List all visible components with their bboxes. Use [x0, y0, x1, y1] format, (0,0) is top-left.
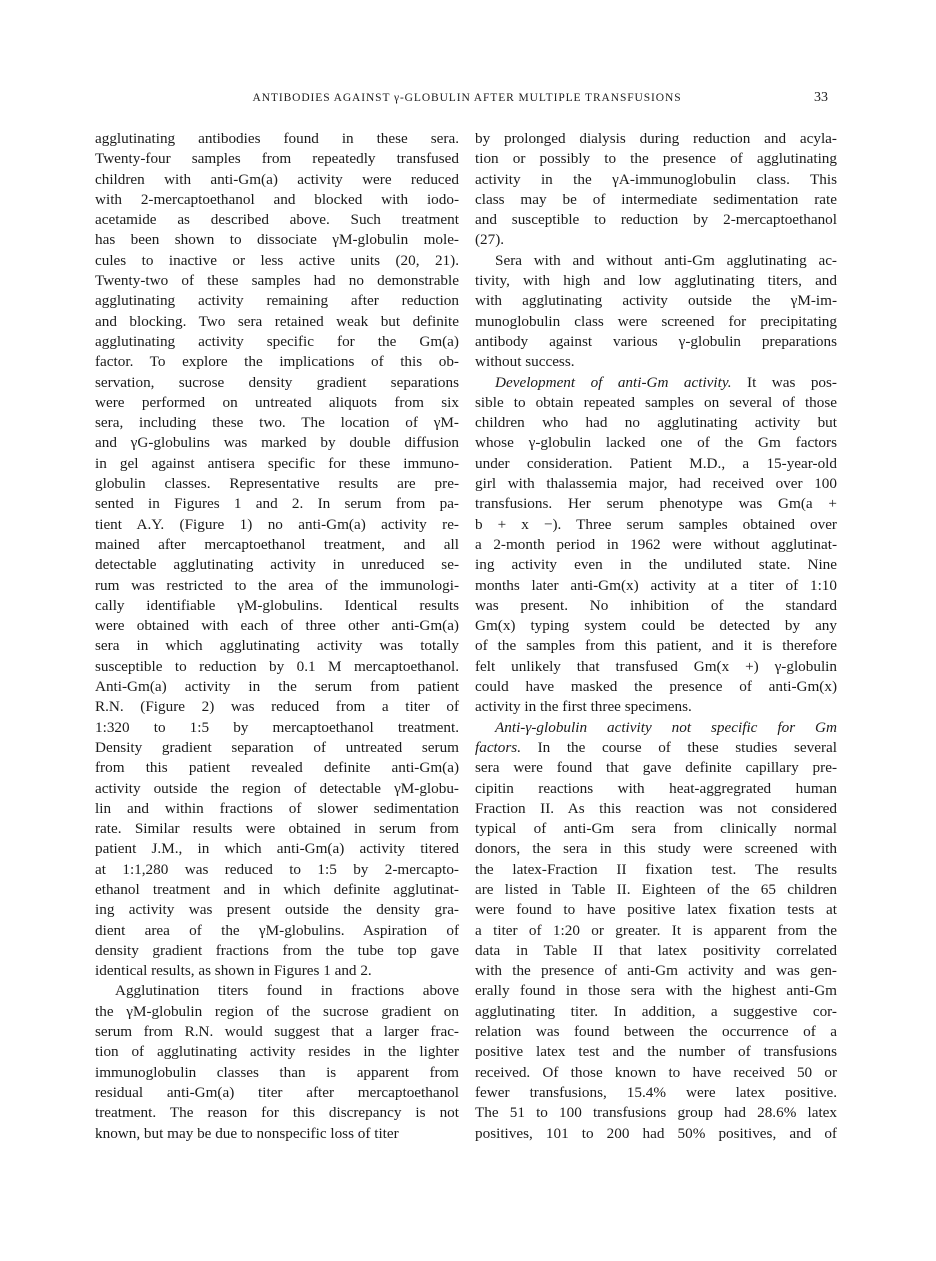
- text-line: ing activity even in the undiluted state…: [475, 555, 837, 575]
- text-line: Development of anti-Gm activity. It was …: [475, 373, 837, 393]
- text-line: sera in which agglutinating activity was…: [95, 636, 459, 656]
- text-line: positive latex test and the number of tr…: [475, 1042, 837, 1062]
- section-heading: Anti-γ-globulin activity not specific fo…: [495, 719, 837, 736]
- text-line: Anti-Gm(a) activity in the serum from pa…: [95, 677, 459, 697]
- text-line: a titer of 1:20 or greater. It is appare…: [475, 921, 837, 941]
- text-line: b + x −). Three serum samples obtained o…: [475, 515, 837, 535]
- text-line: activity in the γA-immunoglobulin class.…: [475, 170, 837, 190]
- text-line: with agglutinating activity outside the …: [475, 291, 837, 311]
- text-line: cally identifiable γM-globulins. Identic…: [95, 596, 459, 616]
- text-line: known, but may be due to nonspecific los…: [95, 1124, 459, 1144]
- right-column: by prolonged dialysis during reduction a…: [475, 129, 837, 1144]
- text-line: transfusions. Her serum phenotype was Gm…: [475, 494, 837, 514]
- text-line: of the samples from this patient, and it…: [475, 636, 837, 656]
- text-line: Density gradient separation of untreated…: [95, 738, 459, 758]
- text-line: under consideration. Patient M.D., a 15-…: [475, 454, 837, 474]
- text-line: whose γ-globulin lacked one of the Gm fa…: [475, 433, 837, 453]
- text-line: agglutinating antibodies found in these …: [95, 129, 459, 149]
- text-line: Gm(x) typing system could be detected by…: [475, 616, 837, 636]
- text-line: munoglobulin class were screened for pre…: [475, 312, 837, 332]
- text-line: agglutinating titer. In addition, a sugg…: [475, 1002, 837, 1022]
- text-line: agglutinating activity remaining after r…: [95, 291, 459, 311]
- text-line: identical results, as shown in Figures 1…: [95, 961, 459, 981]
- text-line: (27).: [475, 230, 837, 250]
- section-heading: Development of anti-Gm activity.: [495, 374, 732, 391]
- text-line: Agglutination titers found in fractions …: [95, 981, 459, 1001]
- text-line: from this patient revealed definite anti…: [95, 758, 459, 778]
- text-line: sible to obtain repeated samples on seve…: [475, 393, 837, 413]
- text-line: has been shown to dissociate γM-globulin…: [95, 230, 459, 250]
- line-text: In the course of these studies several: [538, 739, 837, 756]
- text-line: tient A.Y. (Figure 1) no anti-Gm(a) acti…: [95, 515, 459, 535]
- text-line: and susceptible to reduction by 2-mercap…: [475, 210, 837, 230]
- text-line: immunoglobulin classes than is apparent …: [95, 1063, 459, 1083]
- text-line: patient J.M., in which anti-Gm(a) activi…: [95, 839, 459, 859]
- text-line: in gel against antisera specific for the…: [95, 454, 459, 474]
- text-line: antibody against various γ-globulin prep…: [475, 332, 837, 352]
- text-line: Anti-γ-globulin activity not specific fo…: [475, 718, 837, 738]
- text-line: activity in the first three specimens.: [475, 697, 837, 717]
- text-line: factor. To explore the implications of t…: [95, 352, 459, 372]
- text-line: donors, the sera in this study were scre…: [475, 839, 837, 859]
- text-line: children who had no agglutinating activi…: [475, 413, 837, 433]
- text-line: class may be of intermediate sedimentati…: [475, 190, 837, 210]
- line-text: It was pos-: [747, 374, 837, 391]
- text-line: cipitin reactions with heat-aggregrated …: [475, 779, 837, 799]
- text-line: globulin classes. Representative results…: [95, 474, 459, 494]
- text-line: 1:320 to 1:5 by mercaptoethanol treatmen…: [95, 718, 459, 738]
- text-line: tion of agglutinating activity resides i…: [95, 1042, 459, 1062]
- text-line: detectable agglutinating activity in unr…: [95, 555, 459, 575]
- text-line: erally found in those sera with the high…: [475, 981, 837, 1001]
- page-number: 33: [814, 90, 828, 106]
- text-line: typical of anti-Gm sera from clinically …: [475, 819, 837, 839]
- text-line: rate. Similar results were obtained in s…: [95, 819, 459, 839]
- text-line: ethanol treatment and in which definite …: [95, 880, 459, 900]
- text-line: Sera with and without anti-Gm agglutinat…: [475, 251, 837, 271]
- text-line: sera, including these two. The location …: [95, 413, 459, 433]
- text-line: the γM-globulin region of the sucrose gr…: [95, 1002, 459, 1022]
- text-line: sera were found that gave definite capil…: [475, 758, 837, 778]
- text-line: mained after mercaptoethanol treatment, …: [95, 535, 459, 555]
- text-line: relation was found between the occurrenc…: [475, 1022, 837, 1042]
- text-line: with the presence of anti-Gm activity an…: [475, 961, 837, 981]
- text-line: girl with thalassemia major, had receive…: [475, 474, 837, 494]
- text-line: servation, sucrose density gradient sepa…: [95, 373, 459, 393]
- text-line: rum was restricted to the area of the im…: [95, 576, 459, 596]
- text-line: were obtained with each of three other a…: [95, 616, 459, 636]
- text-line: fewer transfusions, 15.4% were latex pos…: [475, 1083, 837, 1103]
- text-line: positives, 101 to 200 had 50% positives,…: [475, 1124, 837, 1144]
- text-line: activity outside the region of detectabl…: [95, 779, 459, 799]
- text-line: by prolonged dialysis during reduction a…: [475, 129, 837, 149]
- text-line: was present. No inhibition of the standa…: [475, 596, 837, 616]
- text-line: without success.: [475, 352, 837, 372]
- text-line: R.N. (Figure 2) was reduced from a titer…: [95, 697, 459, 717]
- text-line: were performed on untreated aliquots fro…: [95, 393, 459, 413]
- text-line: residual anti-Gm(a) titer after mercapto…: [95, 1083, 459, 1103]
- text-line: tion or possibly to the presence of aggl…: [475, 149, 837, 169]
- text-line: dient area of the γM-globulins. Aspirati…: [95, 921, 459, 941]
- text-line: susceptible to reduction by 0.1 M mercap…: [95, 657, 459, 677]
- text-line: density gradient fractions from the tube…: [95, 941, 459, 961]
- text-line: children with anti-Gm(a) activity were r…: [95, 170, 459, 190]
- text-line: months later anti-Gm(x) activity at a ti…: [475, 576, 837, 596]
- text-line: with 2-mercaptoethanol and blocked with …: [95, 190, 459, 210]
- text-line: factors. In the course of these studies …: [475, 738, 837, 758]
- text-line: and γG-globulins was marked by double di…: [95, 433, 459, 453]
- left-column: agglutinating antibodies found in these …: [95, 129, 459, 1144]
- text-line: a 2-month period in 1962 were without ag…: [475, 535, 837, 555]
- text-line: data in Table II that latex positivity c…: [475, 941, 837, 961]
- text-line: and blocking. Two sera retained weak but…: [95, 312, 459, 332]
- running-head: ANTIBODIES AGAINST γ-GLOBULIN AFTER MULT…: [212, 92, 722, 104]
- text-line: tivity, with high and low agglutinating …: [475, 271, 837, 291]
- text-line: are listed in Table II. Eighteen of the …: [475, 880, 837, 900]
- text-line: ing activity was present outside the den…: [95, 900, 459, 920]
- text-line: agglutinating activity specific for the …: [95, 332, 459, 352]
- section-heading: factors.: [475, 739, 521, 756]
- text-line: lin and within fractions of slower sedim…: [95, 799, 459, 819]
- text-line: at 1:1,280 was reduced to 1:5 by 2-merca…: [95, 860, 459, 880]
- text-line: Twenty-four samples from repeatedly tran…: [95, 149, 459, 169]
- text-line: could have masked the presence of anti-G…: [475, 677, 837, 697]
- text-line: received. Of those known to have receive…: [475, 1063, 837, 1083]
- text-line: Fraction II. As this reaction was not co…: [475, 799, 837, 819]
- text-line: felt unlikely that transfused Gm(x +) γ-…: [475, 657, 837, 677]
- text-line: were found to have positive latex fixati…: [475, 900, 837, 920]
- text-line: The 51 to 100 transfusions group had 28.…: [475, 1103, 837, 1123]
- text-line: serum from R.N. would suggest that a lar…: [95, 1022, 459, 1042]
- text-line: cules to inactive or less active units (…: [95, 251, 459, 271]
- text-line: Twenty-two of these samples had no demon…: [95, 271, 459, 291]
- text-line: treatment. The reason for this discrepan…: [95, 1103, 459, 1123]
- text-line: sented in Figures 1 and 2. In serum from…: [95, 494, 459, 514]
- text-line: the latex-Fraction II fixation test. The…: [475, 860, 837, 880]
- text-line: acetamide as described above. Such treat…: [95, 210, 459, 230]
